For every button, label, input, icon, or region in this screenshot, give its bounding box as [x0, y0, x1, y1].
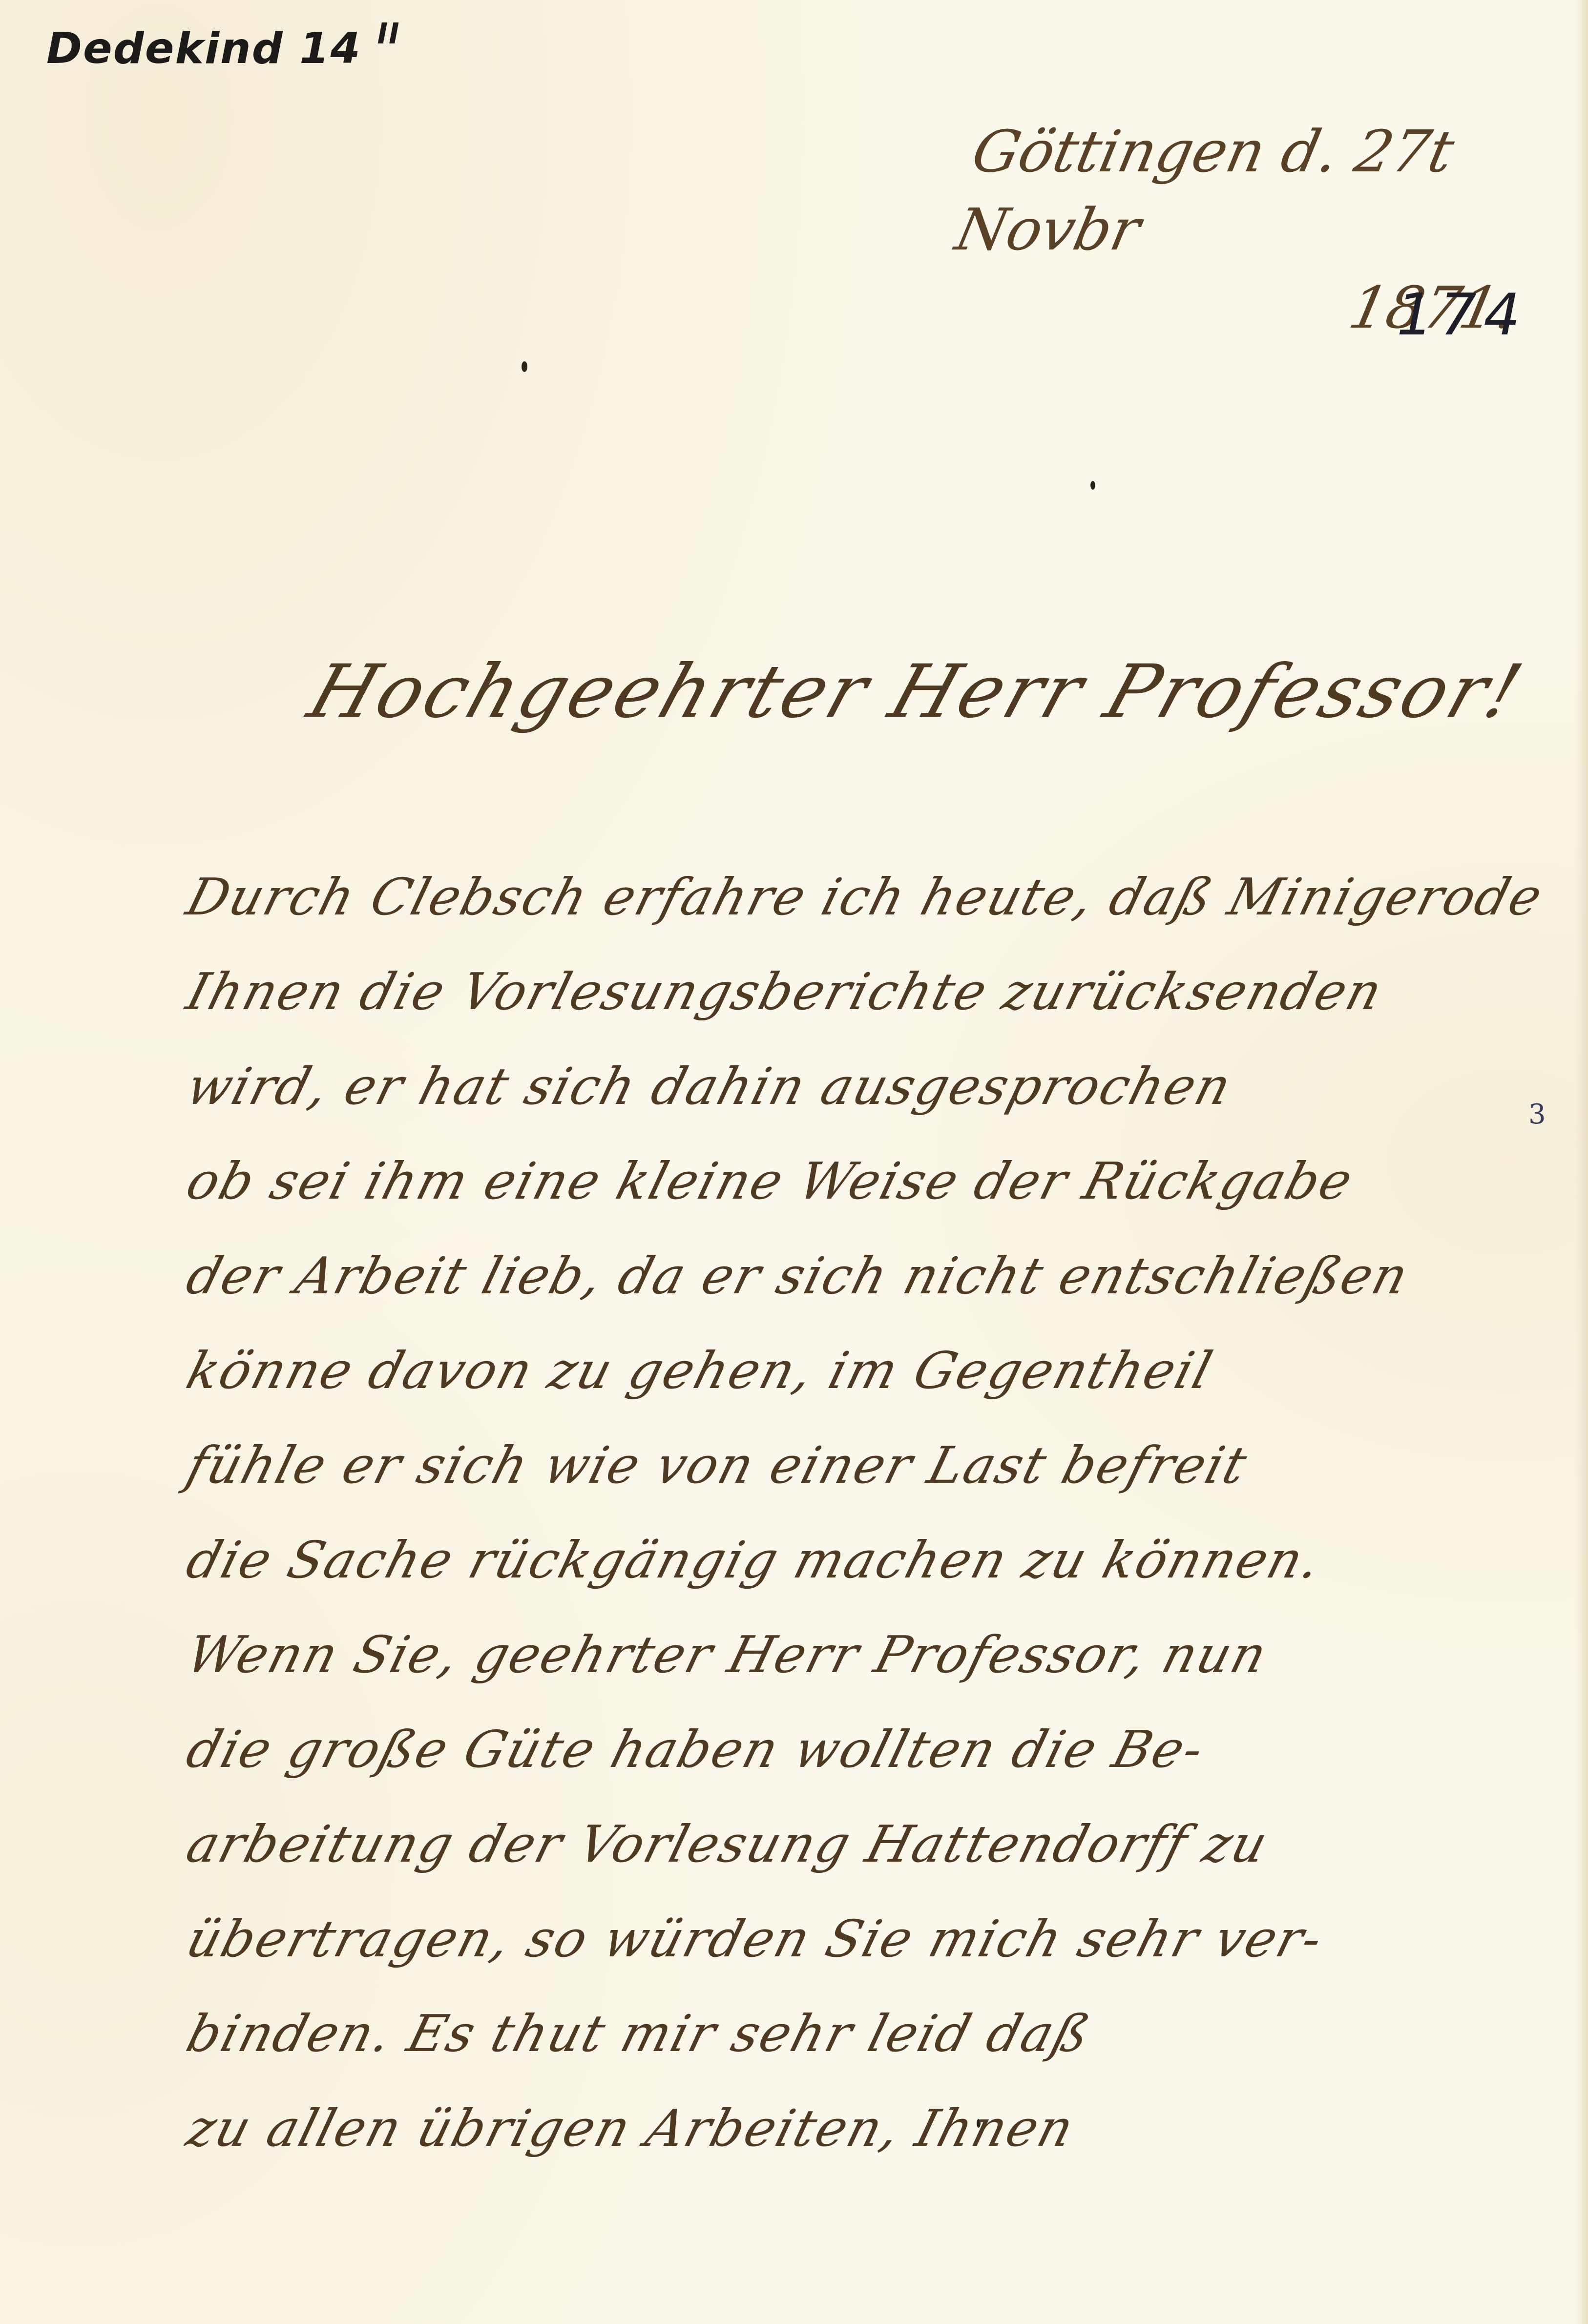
- letter-body: Durch Clebsch erfahre ich heute, daß Min…: [176, 850, 1558, 2176]
- letter-line: arbeitung der Vorlesung Hattendorff zu: [176, 1797, 1583, 1891]
- archive-label: Dedekind 14 II: [46, 17, 400, 73]
- letter-line: Wenn Sie, geehrter Herr Professor, nun: [176, 1607, 1583, 1702]
- letter-line: die große Güte haben wollten die Be-: [176, 1702, 1583, 1797]
- letter-line: ob sei ihm eine kleine Weise der Rückgab…: [176, 1134, 1583, 1228]
- folio-number: 174: [1397, 281, 1527, 348]
- archive-label-superscript: II: [377, 17, 400, 50]
- place-date-line: Göttingen d. 27t Novbr: [950, 118, 1460, 263]
- letter-line: zu allen übrigen Arbeiten, Ihnen: [176, 2081, 1583, 2176]
- letter-line: fühle er sich wie von einer Last befreit: [176, 1418, 1583, 1513]
- letter-line: könne davon zu gehen, im Gegentheil: [176, 1323, 1583, 1418]
- page-edge-shadow: [1575, 0, 1588, 2324]
- salutation: Hochgeehrter Herr Professor!: [299, 649, 1535, 734]
- letter-line: Durch Clebsch erfahre ich heute, daß Min…: [176, 850, 1583, 944]
- ink-spot: [1090, 481, 1095, 490]
- letter-line: wird, er hat sich dahin ausgesprochen: [176, 1039, 1583, 1134]
- letter-line: die Sache rückgängig machen zu können.: [176, 1513, 1583, 1607]
- letter-line: Ihnen die Vorlesungsberichte zurücksende…: [176, 944, 1583, 1039]
- letter-line: der Arbeit lieb, da er sich nicht entsch…: [176, 1228, 1583, 1323]
- ink-spot: [522, 361, 527, 372]
- letter-line: übertragen, so würden Sie mich sehr ver-: [176, 1891, 1583, 1986]
- letter-line: binden. Es thut mir sehr leid daß: [176, 1986, 1583, 2081]
- archive-label-text: Dedekind 14: [46, 23, 361, 73]
